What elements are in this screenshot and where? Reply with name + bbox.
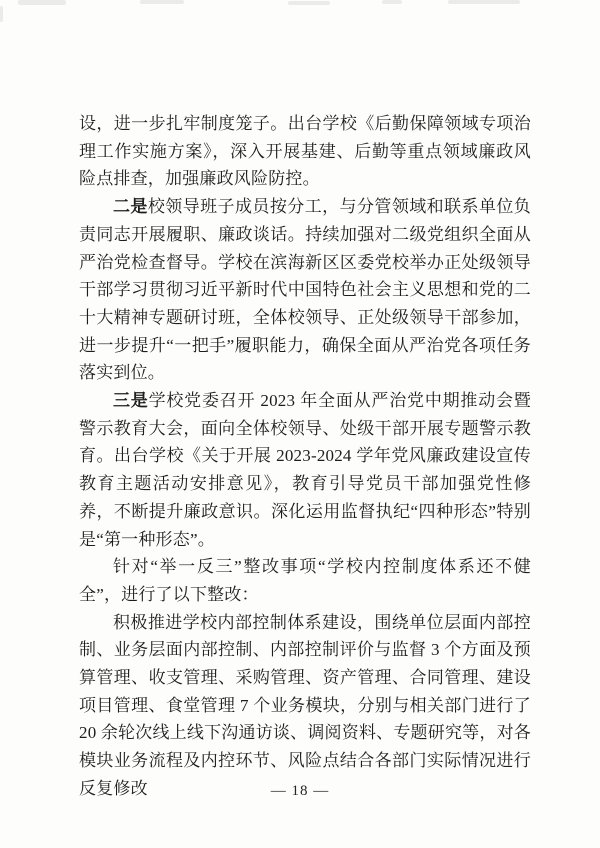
- document-page: 设，进一步扎牢制度笼子。出台学校《后勤保障领域专项治理工作实施方案》，深入开展基…: [0, 0, 600, 848]
- paragraph-run: 积极推进学校内部控制体系建设，围绕单位层面内部控制、业务层面内部控制、内部控制评…: [79, 613, 531, 798]
- scan-artifact: [288, 1, 330, 5]
- paragraph-run: 校领导班子成员按分工，与分管领域和联系单位负责同志开展履职、廉政谈话。持续加强对…: [79, 197, 531, 382]
- document-body: 设，进一步扎牢制度笼子。出台学校《后勤保障领域专项治理工作实施方案》，深入开展基…: [79, 110, 531, 803]
- paragraph: 设，进一步扎牢制度笼子。出台学校《后勤保障领域专项治理工作实施方案》，深入开展基…: [79, 110, 531, 193]
- paragraph-lead-bold: 二是: [113, 197, 148, 216]
- paragraph: 二是校领导班子成员按分工，与分管领域和联系单位负责同志开展履职、廉政谈话。持续加…: [79, 193, 531, 387]
- paragraph: 三是学校党委召开 2023 年全面从严治党中期推动会暨警示教育大会，面向全体校领…: [79, 387, 531, 553]
- page-number: — 18 —: [0, 783, 600, 800]
- scan-artifact: [140, 0, 184, 4]
- paragraph-run: 设，进一步扎牢制度笼子。出台学校《后勤保障领域专项治理工作实施方案》，深入开展基…: [79, 114, 531, 188]
- scan-artifact: [382, 0, 402, 4]
- paragraph-run: 学校党委召开 2023 年全面从严治党中期推动会暨警示教育大会，面向全体校领导、…: [79, 391, 531, 549]
- scan-artifact: [0, 6, 3, 22]
- paragraph-run: 针对“举一反三”整改事项“学校内控制度体系还不健全”，进行了以下整改：: [79, 557, 531, 604]
- paragraph: 积极推进学校内部控制体系建设，围绕单位层面内部控制、业务层面内部控制、内部控制评…: [79, 609, 531, 803]
- paragraph: 针对“举一反三”整改事项“学校内控制度体系还不健全”，进行了以下整改：: [79, 553, 531, 608]
- scan-artifact: [448, 0, 520, 4]
- scan-artifact: [18, 0, 66, 5]
- paragraph-lead-bold: 三是: [113, 391, 149, 410]
